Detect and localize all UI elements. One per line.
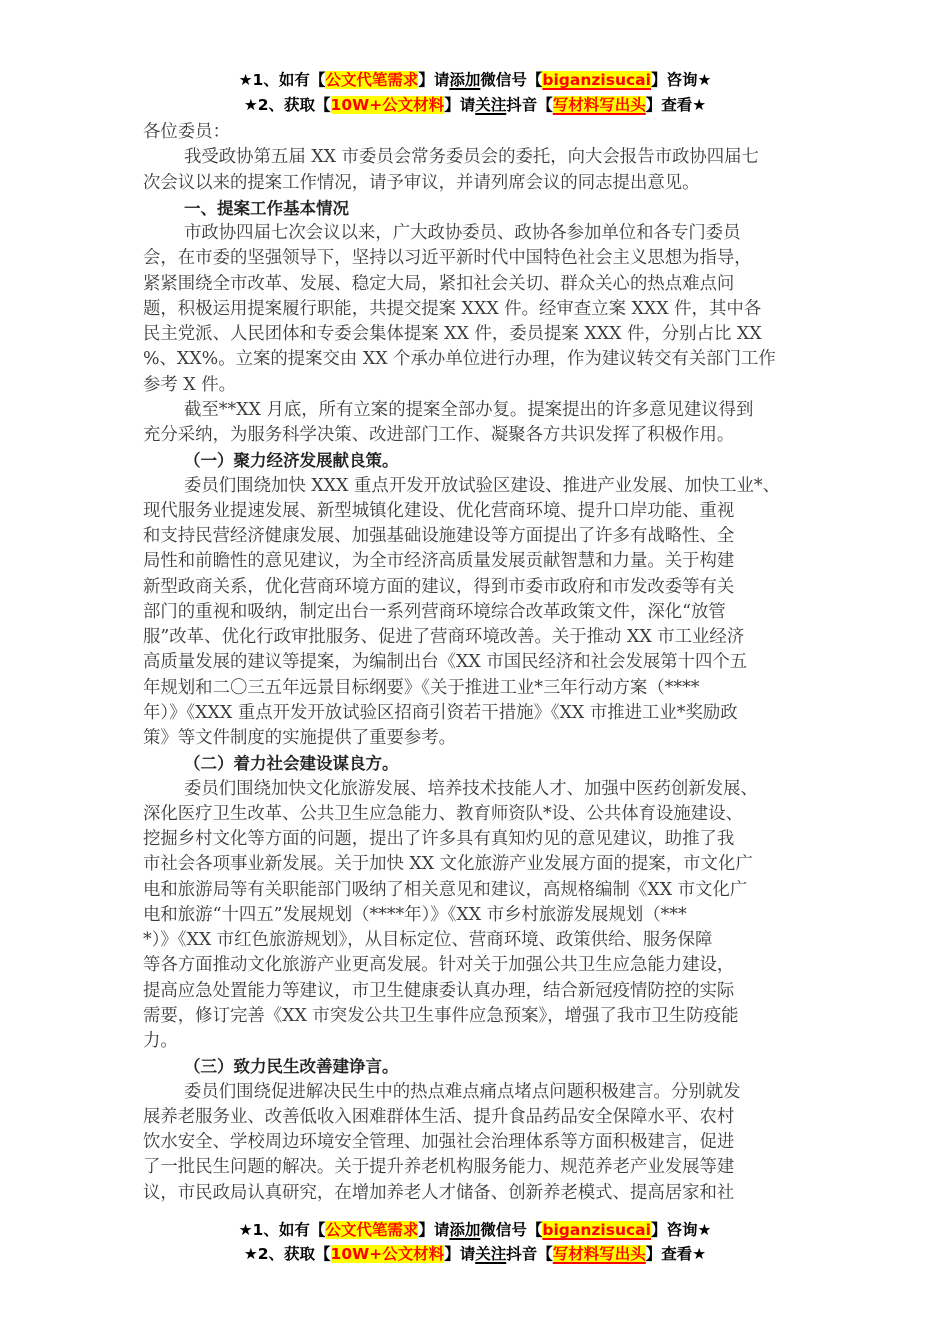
paragraph-line: 了一批民生问题的解决。关于提升养老机构服务能力、规范养老产业发展等建 xyxy=(143,1155,807,1180)
paragraph-line: 民主党派、人民团体和专委会集体提案 XX 件，委员提案 XXX 件，分别占比 X… xyxy=(143,322,807,347)
top-banner-line-2: ★2、获取【10W+公文材料】请关注抖音【写材料写出头】查看★ xyxy=(0,93,950,117)
bottom-banner-line-2: ★2、获取【10W+公文材料】请关注抖音【写材料写出头】查看★ xyxy=(0,1242,950,1266)
paragraph-line: 深化医疗卫生改革、公共卫生应急能力、教育师资队*设、公共体育设施建设、 xyxy=(143,802,807,827)
paragraph-line: 年）》《XXX 重点开发开放试验区招商引资若干措施》《XX 市推进工业*奖励政 xyxy=(143,701,807,726)
paragraph-line: 会，在市委的坚强领导下，坚持以习近平新时代中国特色社会主义思想为指导， xyxy=(143,246,807,271)
banner-text: ★1、如有【 xyxy=(239,1221,326,1239)
underlined-text: 添加 xyxy=(449,1221,480,1239)
paragraph-line: 市社会各项事业新发展。关于加快 XX 文化旅游产业发展方面的提案，市文化广 xyxy=(143,852,807,877)
paragraph-line: 策》等文件制度的实施提供了重要参考。 xyxy=(143,726,807,751)
top-banner-line-1: ★1、如有【公文代笔需求】请添加微信号【biganzisucai】咨询★ xyxy=(0,68,950,92)
paragraph-line: 和支持民营经济健康发展、加强基础设施建设等方面提出了许多有战略性、全 xyxy=(143,524,807,549)
paragraph-line: 高质量发展的建议等提案，为编制出台《XX 市国民经济和社会发展第十四个五 xyxy=(143,650,807,675)
banner-text: 】请 xyxy=(444,1245,475,1263)
section-heading: （三）致力民生改善建诤言。 xyxy=(143,1054,807,1079)
banner-text: 抖音【 xyxy=(506,1245,553,1263)
paragraph-line: 市政协四届七次会议以来，广大政协委员、政协各参加单位和各专门委员 xyxy=(143,221,807,246)
paragraph-line: 饮水安全、学校周边环境安全管理、加强社会治理体系等方面积极建言，促进 xyxy=(143,1130,807,1155)
highlighted-text: 10W+公文材料 xyxy=(331,1245,445,1263)
banner-text: ★1、如有【 xyxy=(239,71,326,89)
document-body: 各位委员：我受政协第五届 XX 市委员会常务委员会的委托，向大会报告市政协四届七… xyxy=(143,120,807,1206)
underlined-text: 添加 xyxy=(449,71,480,89)
paragraph-line: 挖掘乡村文化等方面的问题，提出了许多具有真知灼见的意见建议，助推了我 xyxy=(143,827,807,852)
paragraph-line: 委员们围绕加快文化旅游发展、培养技术技能人才、加强中医药创新发展、 xyxy=(143,777,807,802)
banner-text: ★2、获取【 xyxy=(244,1245,331,1263)
paragraph-line: 部门的重视和吸纳，制定出台一系列营商环境综合改革政策文件，深化“放管 xyxy=(143,600,807,625)
paragraph-line: 年规划和二〇三五年远景目标纲要》《关于推进工业*三年行动方案（**** xyxy=(143,676,807,701)
paragraph-line: 电和旅游“十四五”发展规划（****年）》《XX 市乡村旅游发展规划（*** xyxy=(143,903,807,928)
paragraph-line: 参考 X 件。 xyxy=(143,373,807,398)
banner-text: 抖音【 xyxy=(506,96,553,114)
highlighted-text: 公文代笔需求 xyxy=(325,1221,418,1239)
highlighted-text: 10W+公文材料 xyxy=(331,96,445,114)
banner-text: 】咨询★ xyxy=(651,1221,711,1239)
douyin-account-link[interactable]: 写材料写出头 xyxy=(553,1245,646,1263)
paragraph-line: 现代服务业提速发展、新型城镇化建设、优化营商环境、提升口岸功能、重视 xyxy=(143,499,807,524)
paragraph-line: 委员们围绕促进解决民生中的热点难点痛点堵点问题积极建言。分别就发 xyxy=(143,1080,807,1105)
paragraph-line: 次会议以来的提案工作情况，请予审议，并请列席会议的同志提出意见。 xyxy=(143,171,807,196)
paragraph-line: 局性和前瞻性的意见建议，为全市经济高质量发展贡献智慧和力量。关于构建 xyxy=(143,549,807,574)
section-heading: （二）着力社会建设谋良方。 xyxy=(143,751,807,776)
paragraph-line: 截至**XX 月底，所有立案的提案全部办复。提案提出的许多意见建议得到 xyxy=(143,398,807,423)
bottom-banner-line-1: ★1、如有【公文代笔需求】请添加微信号【biganzisucai】咨询★ xyxy=(0,1218,950,1242)
highlighted-text: 公文代笔需求 xyxy=(325,71,418,89)
banner-text: 】咨询★ xyxy=(651,71,711,89)
paragraph-line: 各位委员： xyxy=(143,120,807,145)
paragraph-line: 委员们围绕加快 XXX 重点开发开放试验区建设、推进产业发展、加快工业*、 xyxy=(143,474,807,499)
paragraph-line: 电和旅游局等有关职能部门吸纳了相关意见和建议，高规格编制《XX 市文化广 xyxy=(143,878,807,903)
paragraph-line: 展养老服务业、改善低收入困难群体生活、提升食品药品安全保障水平、农村 xyxy=(143,1105,807,1130)
document-page: ★1、如有【公文代笔需求】请添加微信号【biganzisucai】咨询★ ★2、… xyxy=(0,0,950,1344)
banner-text: 】请 xyxy=(444,96,475,114)
paragraph-line: 力。 xyxy=(143,1029,807,1054)
banner-text: 】请 xyxy=(418,1221,449,1239)
paragraph-line: 紧紧围绕全市改革、发展、稳定大局，紧扣社会关切、群众关心的热点难点问 xyxy=(143,272,807,297)
paragraph-line: 提高应急处置能力等建议，市卫生健康委认真办理，结合新冠疫情防控的实际 xyxy=(143,979,807,1004)
section-heading: （一）聚力经济发展献良策。 xyxy=(143,448,807,473)
paragraph-line: 议，市民政局认真研究，在增加养老人才储备、创新养老模式、提高居家和社 xyxy=(143,1181,807,1206)
underlined-text: 关注 xyxy=(475,1245,506,1263)
banner-text: 微信号【 xyxy=(480,71,542,89)
paragraph-line: 新型政商关系，优化营商环境方面的建议，得到市委市政府和市发改委等有关 xyxy=(143,575,807,600)
banner-text: 】查看★ xyxy=(646,1245,706,1263)
paragraph-line: 服”改革、优化行政审批服务、促进了营商环境改善。关于推动 XX 市工业经济 xyxy=(143,625,807,650)
paragraph-line: 需要，修订完善《XX 市突发公共卫生事件应急预案》，增强了我市卫生防疫能 xyxy=(143,1004,807,1029)
banner-text: ★2、获取【 xyxy=(244,96,331,114)
paragraph-line: *）》《XX 市红色旅游规划》，从目标定位、营商环境、政策供给、服务保障 xyxy=(143,928,807,953)
paragraph-line: 我受政协第五届 XX 市委员会常务委员会的委托，向大会报告市政协四届七 xyxy=(143,145,807,170)
banner-text: 】查看★ xyxy=(646,96,706,114)
paragraph-line: 等各方面推动文化旅游产业更高发展。针对关于加强公共卫生应急能力建设， xyxy=(143,953,807,978)
paragraph-line: 题，积极运用提案履行职能，共提交提案 XXX 件。经审查立案 XXX 件，其中各 xyxy=(143,297,807,322)
section-heading: 一、提案工作基本情况 xyxy=(143,196,807,221)
underlined-text: 关注 xyxy=(475,96,506,114)
douyin-account-link[interactable]: 写材料写出头 xyxy=(553,96,646,114)
banner-text: 】请 xyxy=(418,71,449,89)
wechat-id-link[interactable]: biganzisucai xyxy=(542,71,651,89)
wechat-id-link[interactable]: biganzisucai xyxy=(542,1221,651,1239)
paragraph-line: %、XX%。立案的提案交由 XX 个承办单位进行办理，作为建议转交有关部门工作 xyxy=(143,347,807,372)
banner-text: 微信号【 xyxy=(480,1221,542,1239)
paragraph-line: 充分采纳，为服务科学决策、改进部门工作、凝聚各方共识发挥了积极作用。 xyxy=(143,423,807,448)
